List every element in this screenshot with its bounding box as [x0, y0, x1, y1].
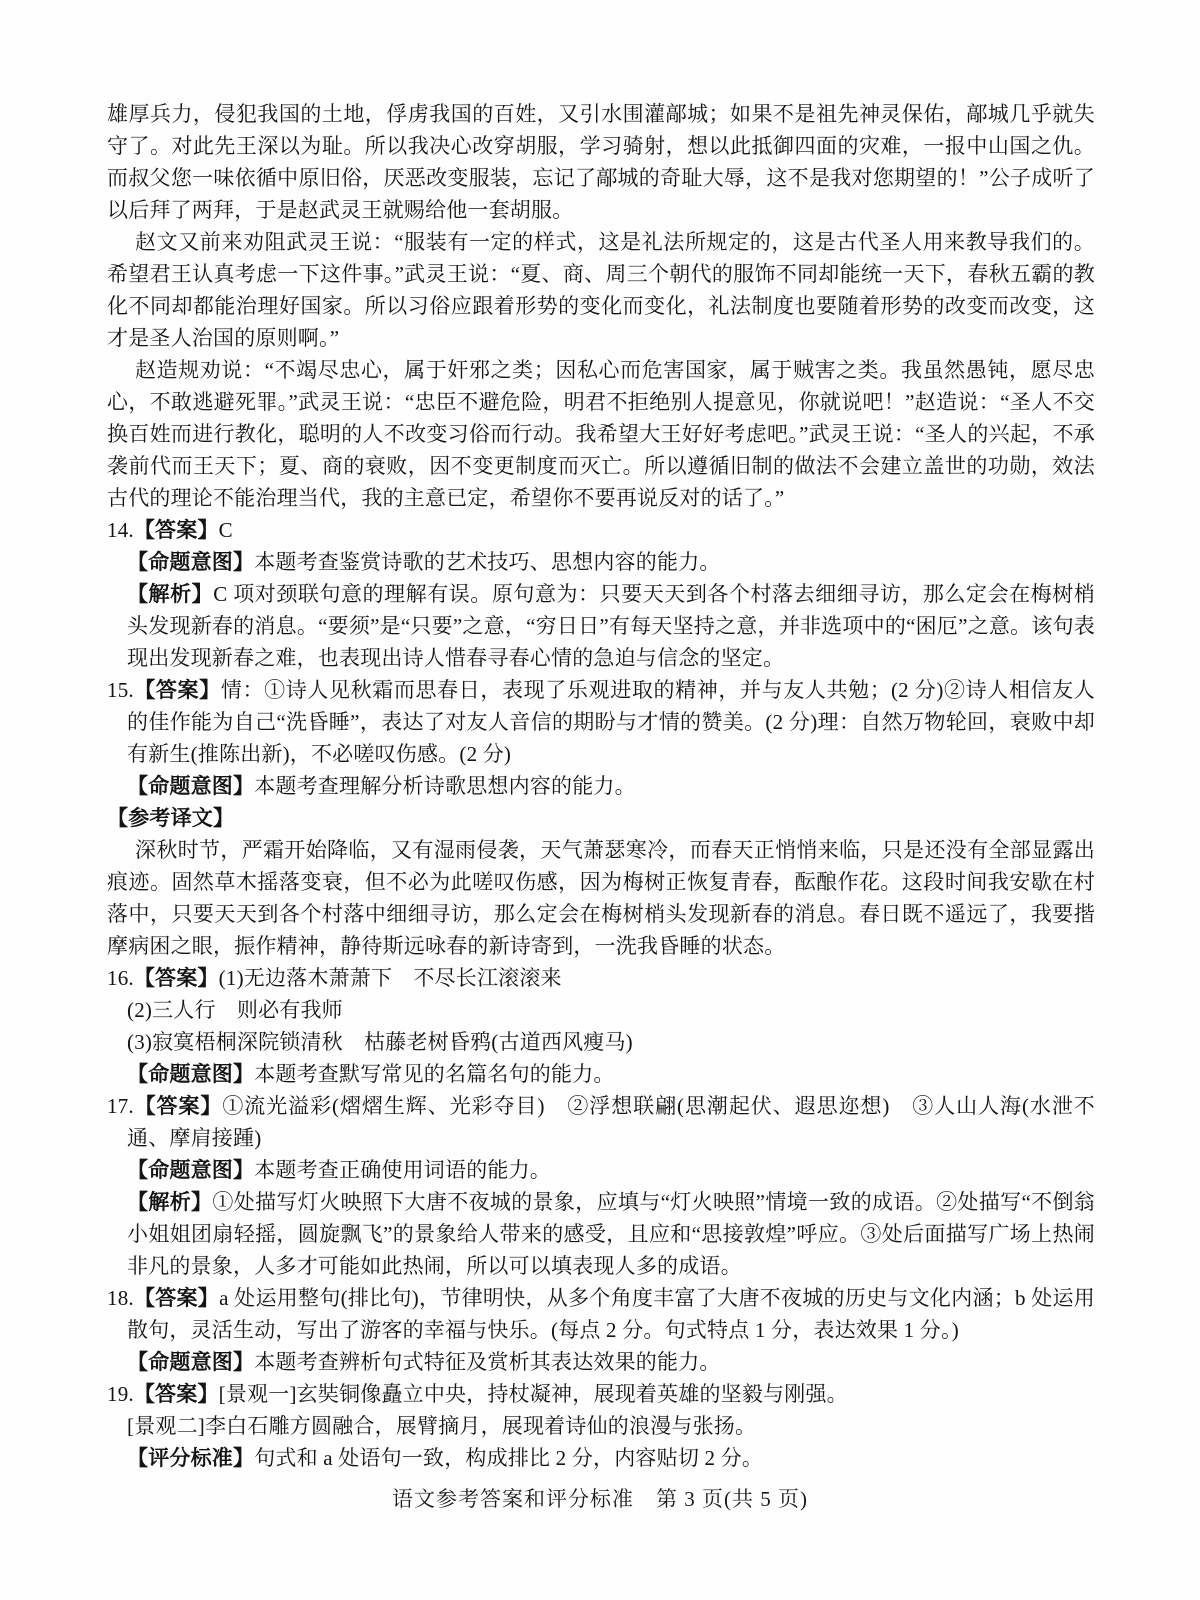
intent-text: 本题考查理解分析诗歌思想内容的能力。	[254, 774, 636, 798]
analysis-label: 【解析】	[127, 1190, 212, 1214]
answer-label: 【答案】	[134, 1382, 219, 1406]
intent-line-15: 【命题意图】本题考查理解分析诗歌思想内容的能力。	[107, 770, 1095, 802]
reference-translation-heading: 【参考译文】	[107, 802, 1095, 834]
answer-item-19-part2: [景观二]李白石雕方圆融合，展臂摘月，展现着诗仙的浪漫与张扬。	[107, 1410, 1095, 1442]
answer-key-page: 雄厚兵力，侵犯我国的土地，俘虏我国的百姓，又引水围灌鄗城；如果不是祖先神灵保佑，…	[0, 0, 1200, 1600]
analysis-text: C 项对颈联句意的理解有误。原句意为：只要天天到各个村落去细细寻访，那么定会在梅…	[127, 582, 1095, 670]
analysis-text: ①处描写灯火映照下大唐不夜城的景象，应填与“灯火映照”情境一致的成语。②处描写“…	[127, 1190, 1095, 1278]
intent-label: 【命题意图】	[127, 1350, 254, 1374]
scoring-text: 句式和 a 处语句一致，构成排比 2 分，内容贴切 2 分。	[254, 1446, 763, 1470]
question-number: 19.	[107, 1382, 134, 1406]
answer-text: [景观一]玄奘铜像矗立中央，持杖凝神，展现着英雄的坚毅与刚强。	[219, 1382, 848, 1406]
question-number: 16.	[107, 966, 134, 990]
translation-paragraph-continued: 雄厚兵力，侵犯我国的土地，俘虏我国的百姓，又引水围灌鄗城；如果不是祖先神灵保佑，…	[107, 98, 1095, 226]
answer-item-17: 17.【答案】①流光溢彩(熠熠生辉、光彩夺目) ②浮想联翩(思潮起伏、遐思迩想)…	[107, 1090, 1095, 1154]
answer-item-16-part2: (2)三人行 则必有我师	[107, 994, 1095, 1026]
answer-label: 【答案】	[134, 678, 221, 702]
reference-translation-paragraph: 深秋时节，严霜开始降临，又有湿雨侵袭，天气萧瑟寒冷，而春天正悄悄来临，只是还没有…	[107, 834, 1095, 962]
answer-item-19: 19.【答案】[景观一]玄奘铜像矗立中央，持杖凝神，展现着英雄的坚毅与刚强。	[107, 1378, 1095, 1410]
analysis-label: 【解析】	[127, 582, 213, 606]
intent-label: 【命题意图】	[127, 550, 254, 574]
answer-label: 【答案】	[134, 518, 219, 542]
answer-label: 【答案】	[134, 1286, 219, 1310]
intent-text: 本题考查默写常见的名篇名句的能力。	[254, 1062, 614, 1086]
intent-label: 【命题意图】	[127, 774, 254, 798]
scoring-label: 【评分标准】	[127, 1446, 254, 1470]
intent-line-18: 【命题意图】本题考查辨析句式特征及赏析其表达效果的能力。	[107, 1346, 1095, 1378]
question-number: 18.	[107, 1286, 134, 1310]
answer-text: ①流光溢彩(熠熠生辉、光彩夺目) ②浮想联翩(思潮起伏、遐思迩想) ③人山人海(…	[127, 1094, 1095, 1150]
answer-text: 情：①诗人见秋霜而思春日，表现了乐观进取的精神，并与友人共勉；(2 分)②诗人相…	[127, 678, 1095, 766]
translation-paragraph: 赵造规劝说：“不竭尽忠心，属于奸邪之类；因私心而危害国家，属于贼害之类。我虽然愚…	[107, 354, 1095, 514]
answer-label: 【答案】	[134, 966, 219, 990]
answer-text: C	[219, 518, 233, 542]
answer-item-15: 15.【答案】情：①诗人见秋霜而思春日，表现了乐观进取的精神，并与友人共勉；(2…	[107, 674, 1095, 770]
intent-text: 本题考查辨析句式特征及赏析其表达效果的能力。	[254, 1350, 720, 1374]
intent-text: 本题考查正确使用词语的能力。	[254, 1158, 551, 1182]
answer-label: 【答案】	[134, 1094, 223, 1118]
question-number: 14.	[107, 518, 134, 542]
analysis-line-17: 【解析】①处描写灯火映照下大唐不夜城的景象，应填与“灯火映照”情境一致的成语。②…	[107, 1186, 1095, 1282]
answer-item-16: 16.【答案】(1)无边落木萧萧下 不尽长江滚滚来	[107, 962, 1095, 994]
answer-item-18: 18.【答案】a 处运用整句(排比句)，节律明快，从多个角度丰富了大唐不夜城的历…	[107, 1282, 1095, 1346]
page-footer: 语文参考答案和评分标准 第 3 页(共 5 页)	[0, 1483, 1200, 1513]
answer-item-16-part3: (3)寂寞梧桐深院锁清秋 枯藤老树昏鸦(古道西风瘦马)	[107, 1026, 1095, 1058]
question-number: 17.	[107, 1094, 134, 1118]
translation-paragraph: 赵文又前来劝阻武灵王说：“服装有一定的样式，这是礼法所规定的，这是古代圣人用来教…	[107, 226, 1095, 354]
intent-line-16: 【命题意图】本题考查默写常见的名篇名句的能力。	[107, 1058, 1095, 1090]
body-text: 雄厚兵力，侵犯我国的土地，俘虏我国的百姓，又引水围灌鄗城；如果不是祖先神灵保佑，…	[107, 98, 1095, 1474]
intent-label: 【命题意图】	[127, 1158, 254, 1182]
answer-text: (1)无边落木萧萧下 不尽长江滚滚来	[219, 966, 562, 990]
question-number: 15.	[107, 678, 134, 702]
scoring-line-19: 【评分标准】句式和 a 处语句一致，构成排比 2 分，内容贴切 2 分。	[107, 1442, 1095, 1474]
analysis-line-14: 【解析】C 项对颈联句意的理解有误。原句意为：只要天天到各个村落去细细寻访，那么…	[107, 578, 1095, 674]
intent-label: 【命题意图】	[127, 1062, 254, 1086]
intent-text: 本题考查鉴赏诗歌的艺术技巧、思想内容的能力。	[254, 550, 720, 574]
answer-text: a 处运用整句(排比句)，节律明快，从多个角度丰富了大唐不夜城的历史与文化内涵；…	[127, 1286, 1095, 1342]
intent-line-17: 【命题意图】本题考查正确使用词语的能力。	[107, 1154, 1095, 1186]
answer-item-14: 14.【答案】C	[107, 514, 1095, 546]
intent-line-14: 【命题意图】本题考查鉴赏诗歌的艺术技巧、思想内容的能力。	[107, 546, 1095, 578]
